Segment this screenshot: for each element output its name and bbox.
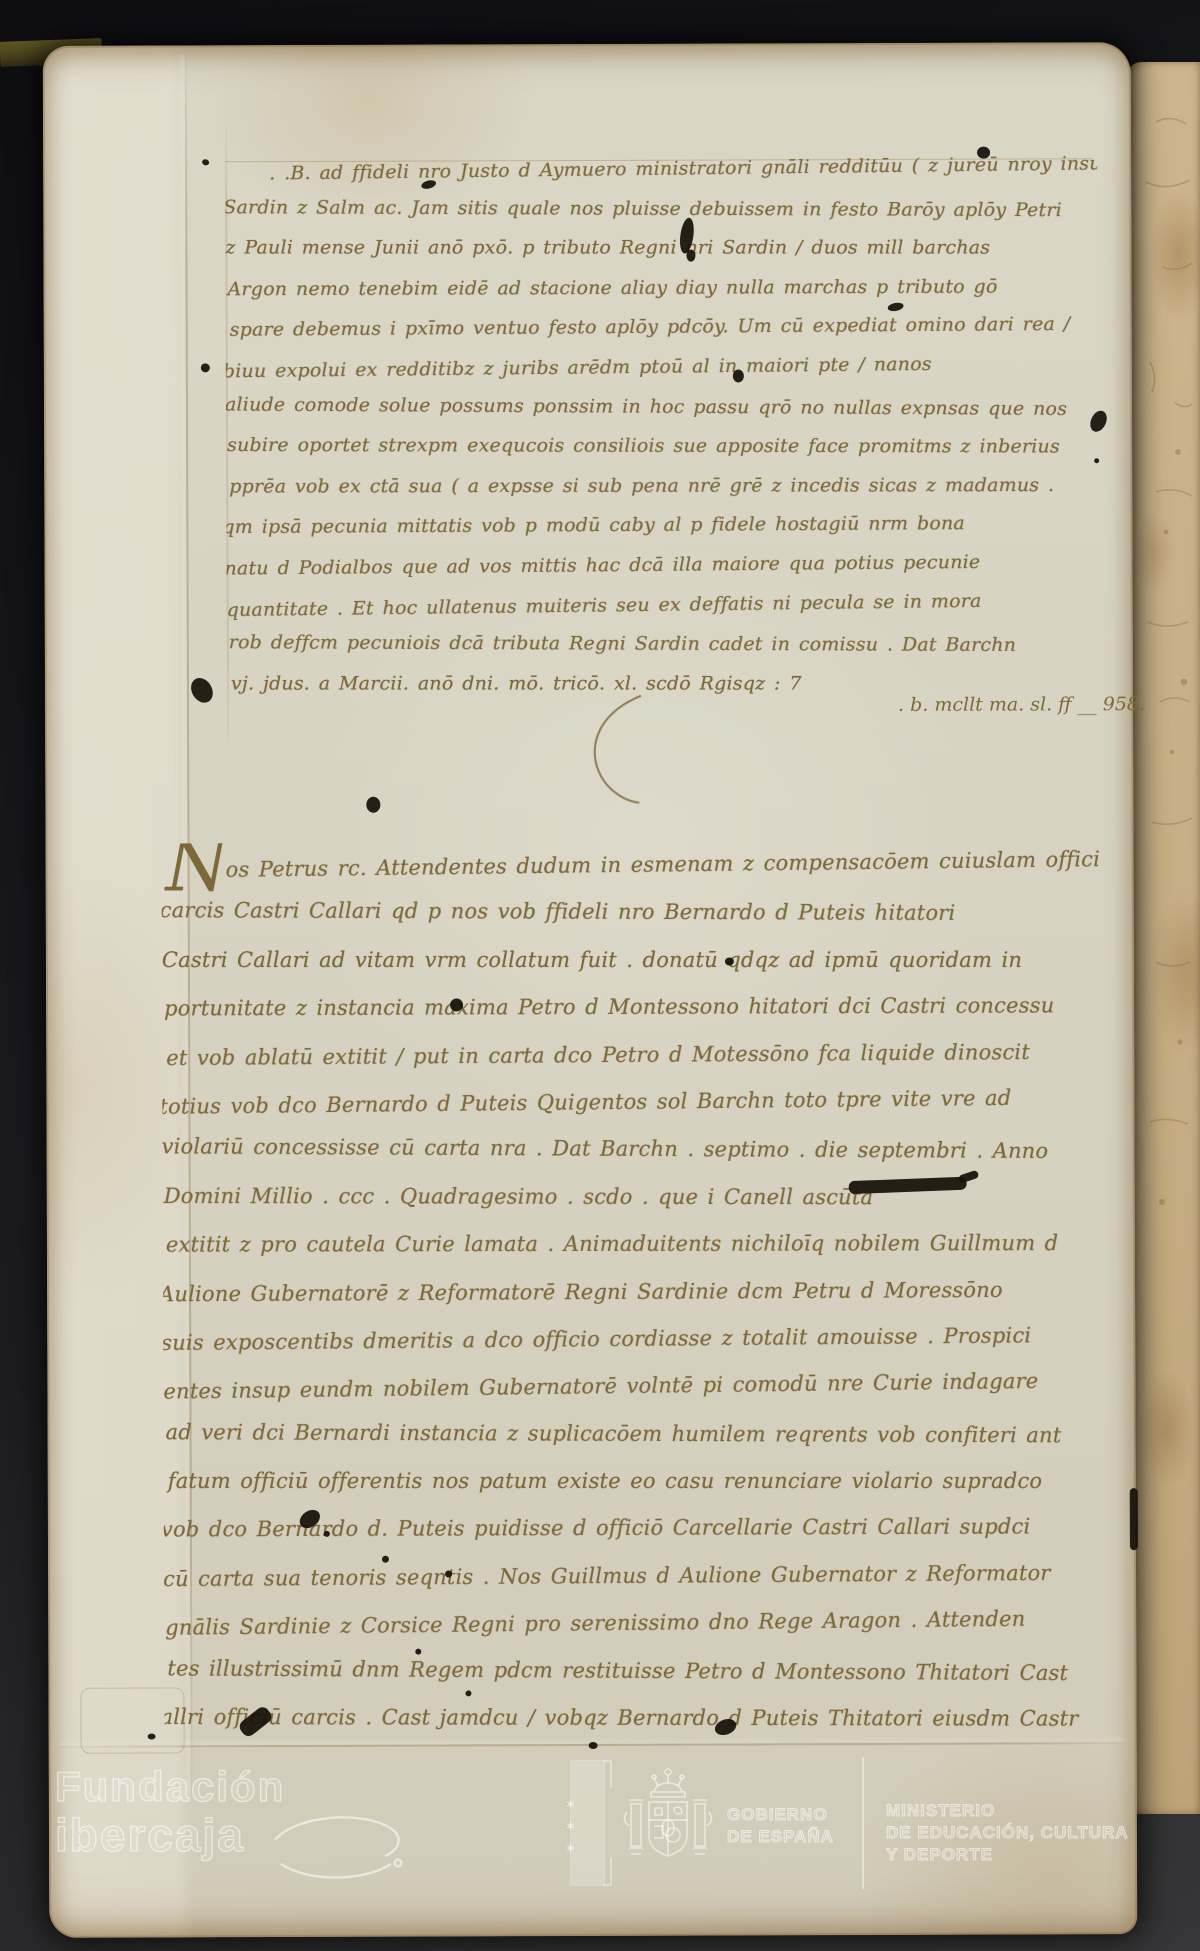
ink-blot [725, 957, 734, 965]
manuscript-line: pprēa vob ex ctā sua ( a expsse si sub p… [229, 466, 1099, 507]
photograph-backdrop: . .B. ad ffideli nro Justo d Aymuero min… [0, 0, 1200, 1951]
manuscript-line: entes insup eundm nobilem Gubernatorē vo… [163, 1357, 1108, 1416]
manuscript-line: gnālis Sardinie z Corsice Regni pro sere… [165, 1595, 1109, 1652]
manuscript-line: z Pauli mense Junii anō pxō. p tributo R… [225, 229, 1097, 269]
ink-blot [148, 1734, 156, 1740]
star-icon: ✶ [566, 1822, 575, 1832]
manuscript-line: Sardin z Salm ac. Jam sitis quale nos pl… [225, 188, 1095, 231]
manuscript-line: qm ipsā pecunia mittatis vob p modū caby… [225, 504, 1094, 548]
bracket-mark [603, 1858, 612, 1886]
ink-blot [201, 363, 210, 372]
manuscript-line: allri officiū carcis . Cast jamdcu / vob… [161, 1694, 1104, 1743]
manuscript-line: Aulione Gubernatorē z Reformatorē Regni … [161, 1266, 1103, 1318]
ink-blot-layer [43, 42, 1131, 46]
registration-note: . b. mcllt ma. sl. ff __ 958. [685, 693, 1145, 717]
ink-blot [187, 674, 217, 707]
divider-line [862, 1757, 864, 1889]
adjacent-folio-edge [1126, 62, 1200, 1814]
bracket-mark [603, 1760, 612, 1788]
pen-flourish-icon [579, 690, 649, 810]
gobierno-watermark-text: GOBIERNO DE ESPAÑA [727, 1804, 834, 1848]
manuscript-line: Castri Callari ad vitam vrm collatum fui… [162, 937, 1106, 984]
ministerio-line2: DE EDUCACIÓN, CULTURA [886, 1822, 1129, 1844]
watermark-gobierno-ministerio: ✶ ✶ ✶ GOBIERNO DE ESPAÑA [560, 1752, 1180, 1892]
ink-blot [324, 1531, 330, 1537]
manuscript-line: carcis Castri Callari qd p nos vob ffide… [161, 888, 1103, 939]
gobierno-line1: GOBIERNO [727, 1804, 834, 1826]
manuscript-line: violariū concessisse cū carta nra . Dat … [161, 1124, 1105, 1176]
ink-bleed-marks [1126, 62, 1200, 1814]
ink-blot [465, 1690, 471, 1696]
eu-flag-bar-icon: ✶ ✶ ✶ [570, 1760, 605, 1886]
ink-blot [686, 250, 695, 262]
manuscript-line: vob dco Bernardo d. Puteis puidisse d of… [161, 1504, 1104, 1555]
manuscript-page: . .B. ad ffideli nro Justo d Aymuero min… [43, 42, 1138, 1938]
ibercaja-watermark-line2: ibercaja [55, 1810, 285, 1860]
ink-blot [733, 369, 744, 382]
ministerio-line3: Y DEPORTE [886, 1844, 1129, 1866]
ink-blot [977, 147, 990, 159]
ibercaja-swoosh-icon [267, 1806, 407, 1886]
gobierno-line2: DE ESPAÑA [727, 1826, 834, 1848]
ink-blot [201, 158, 210, 166]
star-icon: ✶ [566, 1844, 575, 1854]
ink-blot [450, 998, 463, 1011]
star-icon: ✶ [566, 1800, 575, 1810]
ink-blot [382, 1556, 389, 1563]
letter-block-lower: N os Petrus rc. Attendentes dudum in esm… [161, 840, 1108, 1753]
ink-blot [1094, 458, 1099, 463]
manuscript-line: rob deffcm pecuniois dcā tributa Regni S… [229, 623, 1099, 666]
ink-blot [415, 1649, 421, 1655]
manuscript-line: aliude comode solue possums ponssim in h… [225, 385, 1097, 429]
manuscript-line: totius vob dco Bernardo d Puteis Quigent… [161, 1074, 1103, 1131]
ink-blot [445, 1570, 452, 1577]
manuscript-line: portunitate z instancia maxima Petro d M… [164, 982, 1108, 1033]
manuscript-line: cū carta sua tenoris seqntis . Nos Guill… [163, 1549, 1107, 1603]
ibercaja-watermark-line1: Fundación [55, 1764, 285, 1810]
manuscript-line: subire oportet strexpm exequcois consili… [227, 426, 1099, 467]
manuscript-line: biuu expolui ex redditibz z juribs arēdm… [225, 343, 1095, 392]
ministerio-line1: MINISTERIO [886, 1800, 1129, 1822]
manuscript-line: ad veri dci Bernardi instancia z suplica… [165, 1409, 1108, 1460]
ministerio-watermark-text: MINISTERIO DE EDUCACIÓN, CULTURA Y DEPOR… [886, 1800, 1129, 1866]
ink-blot [366, 797, 380, 813]
spain-coat-of-arms-icon [618, 1766, 718, 1878]
letter-block-upper: . .B. ad ffideli nro Justo d Aymuero min… [225, 148, 1099, 713]
ink-blot [589, 1742, 598, 1749]
manuscript-line: Argon nemo tenebim eidē ad stacione alia… [227, 267, 1099, 310]
watermark-fundacion-ibercaja: Fundación ibercaja [55, 1764, 285, 1860]
manuscript-line: fatum officiū offerentis nos patum exist… [168, 1458, 1109, 1505]
ink-blot [1130, 1488, 1138, 1550]
manuscript-line: tes illustrissimū dnm Regem pdcm restitu… [167, 1645, 1108, 1697]
manuscript-line: et vob ablatū extitit / put in carta dco… [166, 1028, 1109, 1082]
manuscript-line: extitit z pro cautela Curie lamata . Ani… [166, 1220, 1109, 1269]
